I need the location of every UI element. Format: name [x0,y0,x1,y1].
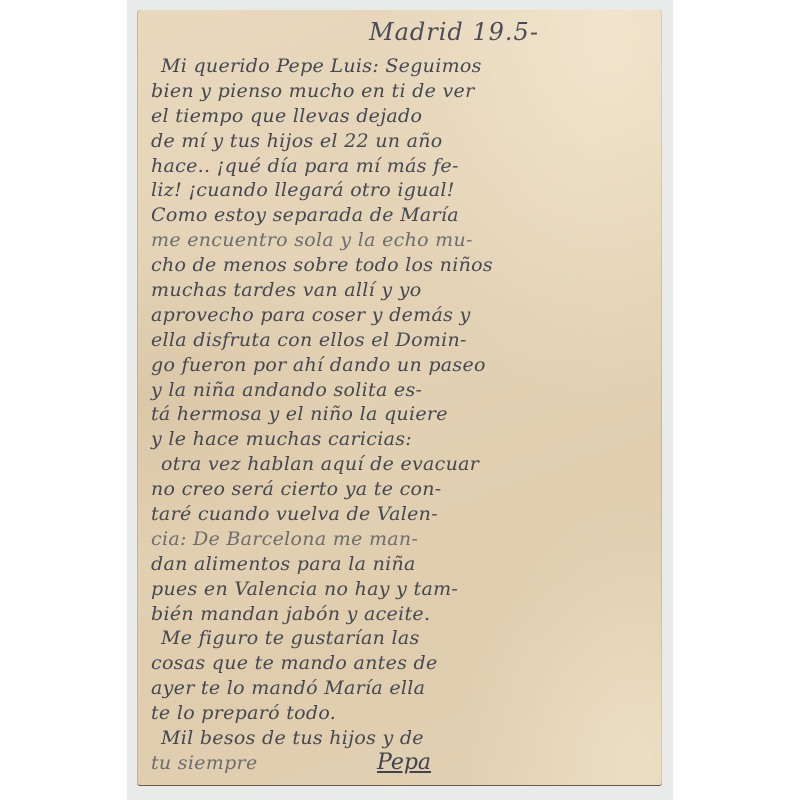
letter-line: ella disfruta con ellos el Domin- [151,328,651,353]
letter-line: pues en Valencia no hay y tam- [151,577,651,602]
letter-line: me encuentro sola y la echo mu- [151,228,651,253]
letter-line: te lo preparó todo. [151,701,651,726]
letter-line: bien y pienso mucho en ti de ver [151,79,651,104]
letter-line: no creo será cierto ya te con- [151,477,651,502]
letter-line: de mí y tus hijos el 22 un año [151,129,651,154]
letter-line: cosas que te mando antes de [151,651,651,676]
letter-line: el tiempo que llevas dejado [151,104,651,129]
letter-line: cho de menos sobre todo los niños [151,253,651,278]
letter-line: bién mandan jabón y aceite. [151,602,651,627]
letter-line: Mil besos de tus hijos y de [151,726,651,751]
letter-line: y la niña andando solita es- [151,378,651,403]
signature: Pepa [377,750,431,775]
place-date: Madrid 19.5- [369,18,539,46]
letter-line: Me figuro te gustarían las [151,626,651,651]
letter-line: taré cuando vuelva de Valen- [151,502,651,527]
letter-line: hace.. ¡qué día para mí más fe- [151,154,651,179]
letter-line: dan alimentos para la niña [151,552,651,577]
letter-line: liz! ¡cuando llegará otro igual! [151,178,651,203]
letter-body: Mi querido Pepe Luis: Seguimos bien y pi… [151,54,651,776]
letter-line: ayer te lo mandó María ella [151,676,651,701]
letter-line: aprovecho para coser y demás y [151,303,651,328]
letter-line: tá hermosa y el niño la quiere [151,402,651,427]
letter-line: muchas tardes van allí y yo [151,278,651,303]
letter-line: Como estoy separada de María [151,203,651,228]
letter-line: go fueron por ahí dando un paseo [151,353,651,378]
letter-line: Mi querido Pepe Luis: Seguimos [151,54,651,79]
letter-line: y le hace muchas caricias: [151,427,651,452]
letter-line: cia: De Barcelona me man- [151,527,651,552]
postcard: Madrid 19.5- Mi querido Pepe Luis: Segui… [137,10,662,785]
letter-line: otra vez hablan aquí de evacuar [151,452,651,477]
